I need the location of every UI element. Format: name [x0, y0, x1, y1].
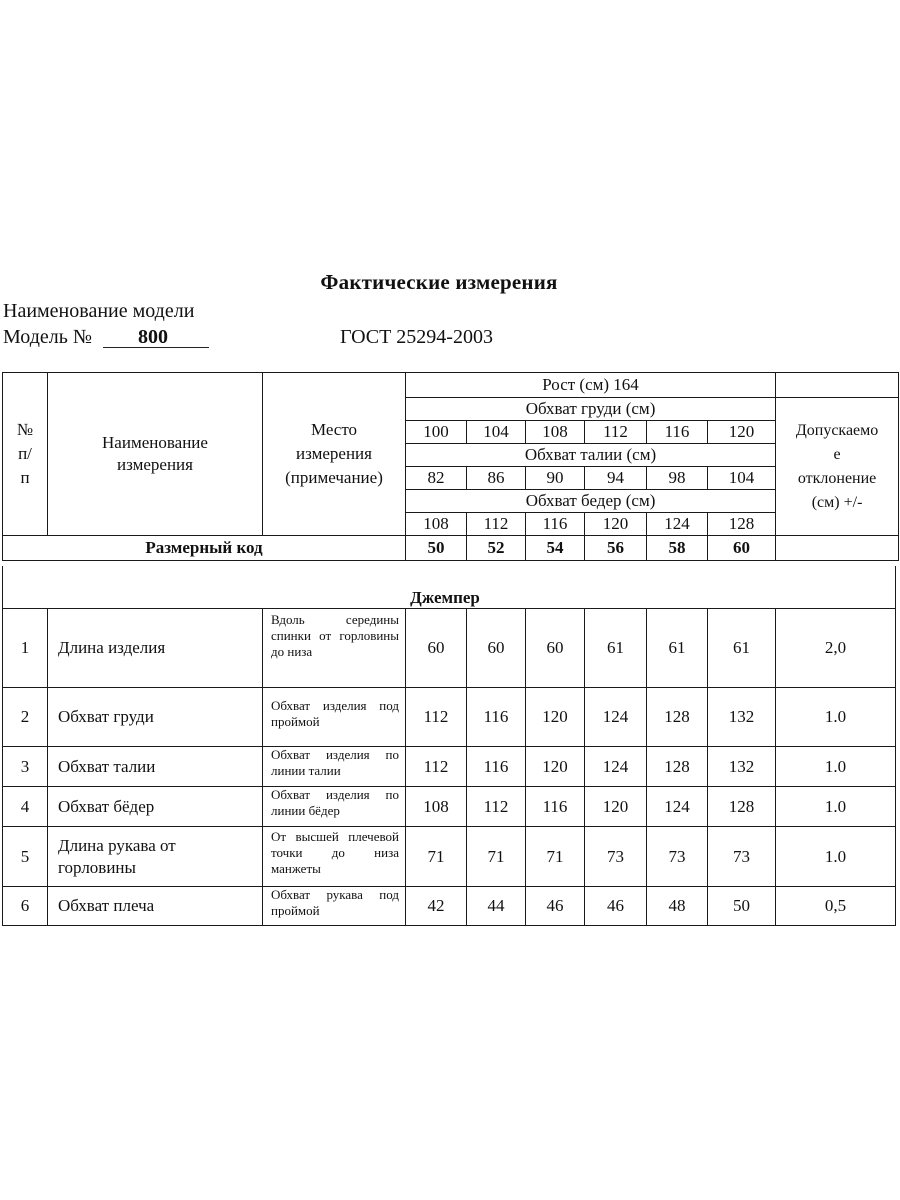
size-value-5: 128	[708, 787, 776, 827]
size-value-0: 112	[406, 747, 467, 787]
size-code-1: 52	[467, 536, 526, 561]
chest-value-4: 116	[647, 421, 708, 444]
table-row: 3Обхват талииОбхват изделия по линии тал…	[3, 747, 896, 787]
section-title: Джемпер	[410, 588, 480, 608]
size-value-1: 116	[467, 747, 526, 787]
size-code-5: 60	[708, 536, 776, 561]
header-number: №п/п	[3, 373, 48, 536]
size-value-1: 44	[467, 887, 526, 926]
model-number-value: 800	[103, 327, 209, 348]
size-value-3: 73	[585, 827, 647, 887]
model-name-label: Наименование модели	[3, 300, 194, 323]
hips-value-4: 124	[647, 513, 708, 536]
size-value-0: 108	[406, 787, 467, 827]
tolerance-value: 2,0	[776, 609, 896, 688]
size-value-2: 120	[526, 747, 585, 787]
tolerance-value: 1.0	[776, 747, 896, 787]
measurements-table: Джемпер 1Длина изделияВдоль середины спи…	[2, 566, 896, 926]
size-value-4: 128	[647, 747, 708, 787]
size-code-3: 56	[585, 536, 647, 561]
row-number: 2	[3, 688, 48, 747]
size-value-0: 60	[406, 609, 467, 688]
size-value-4: 128	[647, 688, 708, 747]
model-number-label: Модель №	[3, 326, 92, 348]
size-value-4: 48	[647, 887, 708, 926]
size-code-0: 50	[406, 536, 467, 561]
row-number: 6	[3, 887, 48, 926]
measurement-name: Обхват бёдер	[48, 787, 263, 827]
hips-value-5: 128	[708, 513, 776, 536]
measurement-place: От высшей плечевой точки до низа манжеты	[263, 827, 406, 887]
chest-value-1: 104	[467, 421, 526, 444]
measurement-place: Обхват рукава под проймой	[263, 887, 406, 926]
size-value-4: 124	[647, 787, 708, 827]
measurement-place: Вдоль середины спинки от горловины до ни…	[263, 609, 406, 688]
hips-value-2: 116	[526, 513, 585, 536]
page-title: Фактические измерения	[0, 270, 878, 295]
size-value-5: 132	[708, 747, 776, 787]
chest-value-3: 112	[585, 421, 647, 444]
size-value-2: 60	[526, 609, 585, 688]
size-value-3: 124	[585, 747, 647, 787]
header-tolerance-top	[776, 373, 899, 398]
size-value-1: 71	[467, 827, 526, 887]
size-value-0: 71	[406, 827, 467, 887]
header-hips-label: Обхват бедер (см)	[406, 490, 776, 513]
size-code-2: 54	[526, 536, 585, 561]
size-value-4: 61	[647, 609, 708, 688]
size-value-2: 120	[526, 688, 585, 747]
size-value-0: 112	[406, 688, 467, 747]
measurement-name: Обхват плеча	[48, 887, 263, 926]
hips-value-0: 108	[406, 513, 467, 536]
header-tolerance: Допускаемоеотклонение(см) +/-	[776, 398, 899, 536]
size-code-4: 58	[647, 536, 708, 561]
size-value-1: 112	[467, 787, 526, 827]
section-header: Джемпер	[3, 566, 896, 609]
tolerance-value: 1.0	[776, 688, 896, 747]
size-value-0: 42	[406, 887, 467, 926]
waist-value-2: 90	[526, 467, 585, 490]
table-row: 2Обхват грудиОбхват изделия под проймой1…	[3, 688, 896, 747]
header-chest-label: Обхват груди (см)	[406, 398, 776, 421]
tolerance-value: 1.0	[776, 827, 896, 887]
waist-value-1: 86	[467, 467, 526, 490]
hips-value-3: 120	[585, 513, 647, 536]
header-height: Рост (см) 164	[406, 373, 776, 398]
header-measurement-place: Местоизмерения(примечание)	[263, 373, 406, 536]
waist-value-0: 82	[406, 467, 467, 490]
size-value-1: 116	[467, 688, 526, 747]
tolerance-value: 1.0	[776, 787, 896, 827]
size-value-2: 71	[526, 827, 585, 887]
size-header-table: №п/п Наименованиеизмерения Местоизмерени…	[2, 372, 899, 561]
chest-value-5: 120	[708, 421, 776, 444]
size-value-1: 60	[467, 609, 526, 688]
row-number: 3	[3, 747, 48, 787]
model-number-line: Модель № 800	[3, 326, 209, 349]
header-waist-label: Обхват талии (см)	[406, 444, 776, 467]
table-row: 5Длина рукава отгорловиныОт высшей плече…	[3, 827, 896, 887]
measurement-name: Длина рукава отгорловины	[48, 827, 263, 887]
header-measurement-name: Наименованиеизмерения	[48, 373, 263, 536]
hips-value-1: 112	[467, 513, 526, 536]
waist-value-3: 94	[585, 467, 647, 490]
measurement-name: Длина изделия	[48, 609, 263, 688]
size-value-2: 116	[526, 787, 585, 827]
size-code-tolerance-empty	[776, 536, 899, 561]
size-value-5: 73	[708, 827, 776, 887]
measurement-name: Обхват груди	[48, 688, 263, 747]
measurement-place: Обхват изделия под проймой	[263, 688, 406, 747]
table-row: 6Обхват плечаОбхват рукава под проймой42…	[3, 887, 896, 926]
tolerance-value: 0,5	[776, 887, 896, 926]
table-row: 1Длина изделияВдоль середины спинки от г…	[3, 609, 896, 688]
size-value-5: 132	[708, 688, 776, 747]
size-code-label: Размерный код	[3, 536, 406, 561]
size-value-3: 124	[585, 688, 647, 747]
size-value-5: 61	[708, 609, 776, 688]
size-value-3: 120	[585, 787, 647, 827]
row-number: 5	[3, 827, 48, 887]
measurement-name: Обхват талии	[48, 747, 263, 787]
measurement-place: Обхват изделия по линии бёдер	[263, 787, 406, 827]
chest-value-2: 108	[526, 421, 585, 444]
size-code-row: Размерный код 505254565860	[3, 536, 899, 561]
row-number: 1	[3, 609, 48, 688]
size-value-5: 50	[708, 887, 776, 926]
size-value-2: 46	[526, 887, 585, 926]
size-value-3: 46	[585, 887, 647, 926]
size-value-3: 61	[585, 609, 647, 688]
row-number: 4	[3, 787, 48, 827]
standard-reference: ГОСТ 25294-2003	[340, 326, 493, 349]
table-row: 4Обхват бёдерОбхват изделия по линии бёд…	[3, 787, 896, 827]
waist-value-4: 98	[647, 467, 708, 490]
size-value-4: 73	[647, 827, 708, 887]
chest-value-0: 100	[406, 421, 467, 444]
measurement-place: Обхват изделия по линии талии	[263, 747, 406, 787]
waist-value-5: 104	[708, 467, 776, 490]
